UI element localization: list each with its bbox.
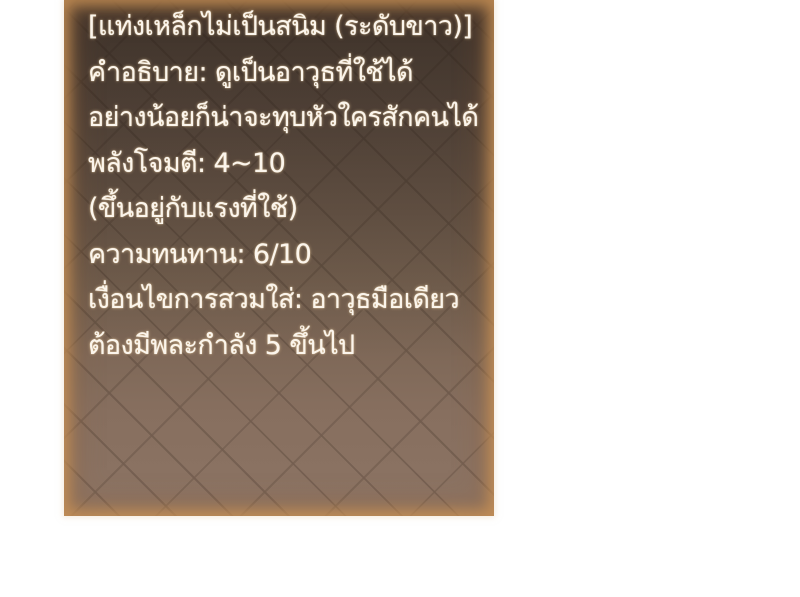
- item-attack-power: พลังโจมตี: 4~10: [88, 141, 488, 187]
- item-title: [แท่งเหล็กไม่เป็นสนิม (ระดับขาว)]: [88, 4, 488, 50]
- item-info-panel: [แท่งเหล็กไม่เป็นสนิม (ระดับขาว)] คำอธิบ…: [64, 0, 494, 516]
- item-attack-note: (ขึ้นอยู่กับแรงที่ใช้): [88, 186, 488, 232]
- item-description-line-1: คำอธิบาย: ดูเป็นอาวุธที่ใช้ได้: [88, 50, 488, 96]
- item-durability: ความทนทาน: 6/10: [88, 232, 488, 278]
- item-description-text: [แท่งเหล็กไม่เป็นสนิม (ระดับขาว)] คำอธิบ…: [88, 4, 488, 368]
- item-description-line-2: อย่างน้อยก็น่าจะทุบหัวใครสักคนได้: [88, 95, 488, 141]
- page: [แท่งเหล็กไม่เป็นสนิม (ระดับขาว)] คำอธิบ…: [0, 0, 800, 597]
- item-equip-condition: เงื่อนไขการสวมใส่: อาวุธมือเดียว: [88, 277, 488, 323]
- item-strength-requirement: ต้องมีพละกำลัง 5 ขึ้นไป: [88, 323, 488, 369]
